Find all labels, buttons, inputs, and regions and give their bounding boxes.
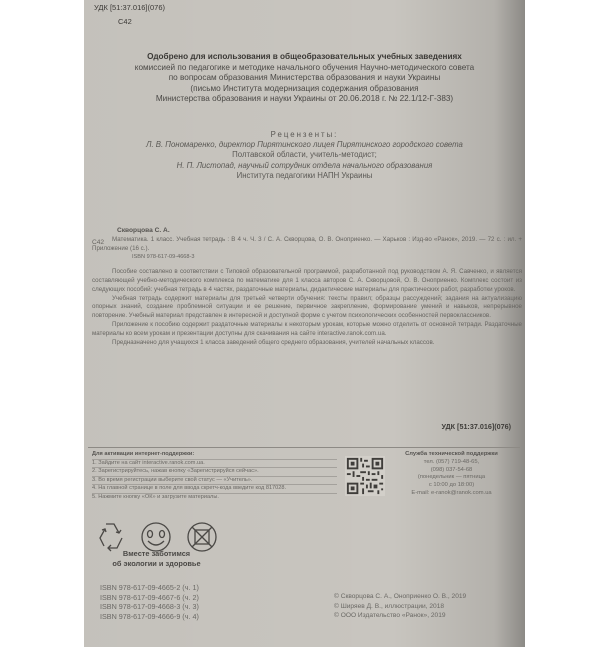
support-step: 1. Зайдите на сайт interactive.ranok.com… [92,459,337,468]
card-paragraph: Предназначено для учащихся 1 класса заве… [92,339,522,348]
catalog-code: С42 [118,17,132,26]
copyright-block: © Скворцова С. А., Оноприенко О. В., 201… [334,592,466,621]
recycle-icon [100,524,122,551]
catalog-card: Скворцова С. А. С42 Математика. 1 класс.… [92,227,522,347]
card-isbn: ISBN 978-617-09-4668-3 [132,253,522,262]
card-udk: УДК [51:37.016](076) [441,422,511,431]
support-step: 3. Во время регистрации выберите свой ст… [92,476,337,485]
reviewer-line: Института педагогики НАПН Украины [84,171,525,181]
tech-support-line: (понедельник — пятница [384,474,519,482]
copyright-line: © Ширяев Д. В., иллюстрации, 2018 [334,602,466,612]
no-plastic-icon [188,523,216,551]
isbn-item: ISBN 978-617-09-4665-2 (ч. 1) [100,583,199,593]
reviewer-line: Полтавской области, учитель-методист; [84,150,525,160]
tech-support-line: тел. (057) 719-48-65, [384,459,519,467]
support-step: 2. Зарегистрируйтесь, нажав кнопку «Заре… [92,467,337,476]
approval-block: Одобрено для использования в общеобразов… [84,52,525,105]
qr-code-icon [345,456,385,496]
approval-line: комиссией по педагогике и методике начал… [84,63,525,74]
tech-support-block: Служба технической поддержки тел. (057) … [384,451,519,498]
reviewers-title: Рецензенты: [84,130,525,140]
reviewer-line: Л. В. Пономаренко, директор Пирятинского… [84,140,525,150]
internet-support-block: Для активации интернет-поддержки: 1. Зай… [92,451,337,502]
tech-support-title: Служба технической поддержки [384,451,519,459]
support-step: 4. На главной странице в поле для ввода … [92,484,337,493]
udk-code: УДК [51:37.016](076) [94,3,165,12]
approval-line: (письмо Института модернизация содержани… [84,84,525,95]
internet-support-title: Для активации интернет-поддержки: [92,451,337,459]
eco-slogan-line: Вместе заботимся [84,549,229,559]
card-author: Скворцова С. А. [117,227,522,236]
tech-support-email: E-mail: e-ranok@ranok.com.ua [384,490,519,498]
eco-slogan-line: об экологии и здоровье [84,559,229,569]
reviewer-line: Н. П. Листопад, научный сотрудник отдела… [84,161,525,171]
tech-support-line: с 10:00 до 18:00) [384,482,519,490]
reviewers-block: Рецензенты: Л. В. Пономаренко, директор … [84,130,525,181]
isbn-item: ISBN 978-617-09-4668-3 (ч. 3) [100,602,199,612]
eco-slogan: Вместе заботимся об экологии и здоровье [84,549,229,569]
approval-line: Министерства образования и науки Украины… [84,94,525,105]
copyright-line: © ООО Издательство «Ранок», 2019 [334,611,466,621]
book-page: УДК [51:37.016](076) С42 Одобрено для ис… [84,0,525,647]
support-step: 5. Нажмите кнопку «ОК» и загрузите матер… [92,493,337,502]
divider [88,447,520,448]
approval-line: по вопросам образования Министерства обр… [84,73,525,84]
isbn-item: ISBN 978-617-09-4666-9 (ч. 4) [100,612,199,622]
approval-title: Одобрено для использования в общеобразов… [84,52,525,63]
smiley-icon [142,523,170,551]
card-paragraph: Пособие составлено в соответствии с Типо… [92,268,522,294]
card-code: С42 [92,239,104,248]
card-paragraph: Приложение к пособию содержит раздаточны… [92,321,522,339]
card-paragraph: Учебная тетрадь содержит материалы для т… [92,295,522,321]
tech-support-line: (098) 037-54-68 [384,467,519,475]
card-bibliographic: Математика. 1 класс. Учебная тетрадь : В… [92,236,522,254]
isbn-item: ISBN 978-617-09-4667-6 (ч. 2) [100,593,199,603]
copyright-line: © Скворцова С. А., Оноприенко О. В., 201… [334,592,466,602]
isbn-list: ISBN 978-617-09-4665-2 (ч. 1) ISBN 978-6… [100,583,199,621]
